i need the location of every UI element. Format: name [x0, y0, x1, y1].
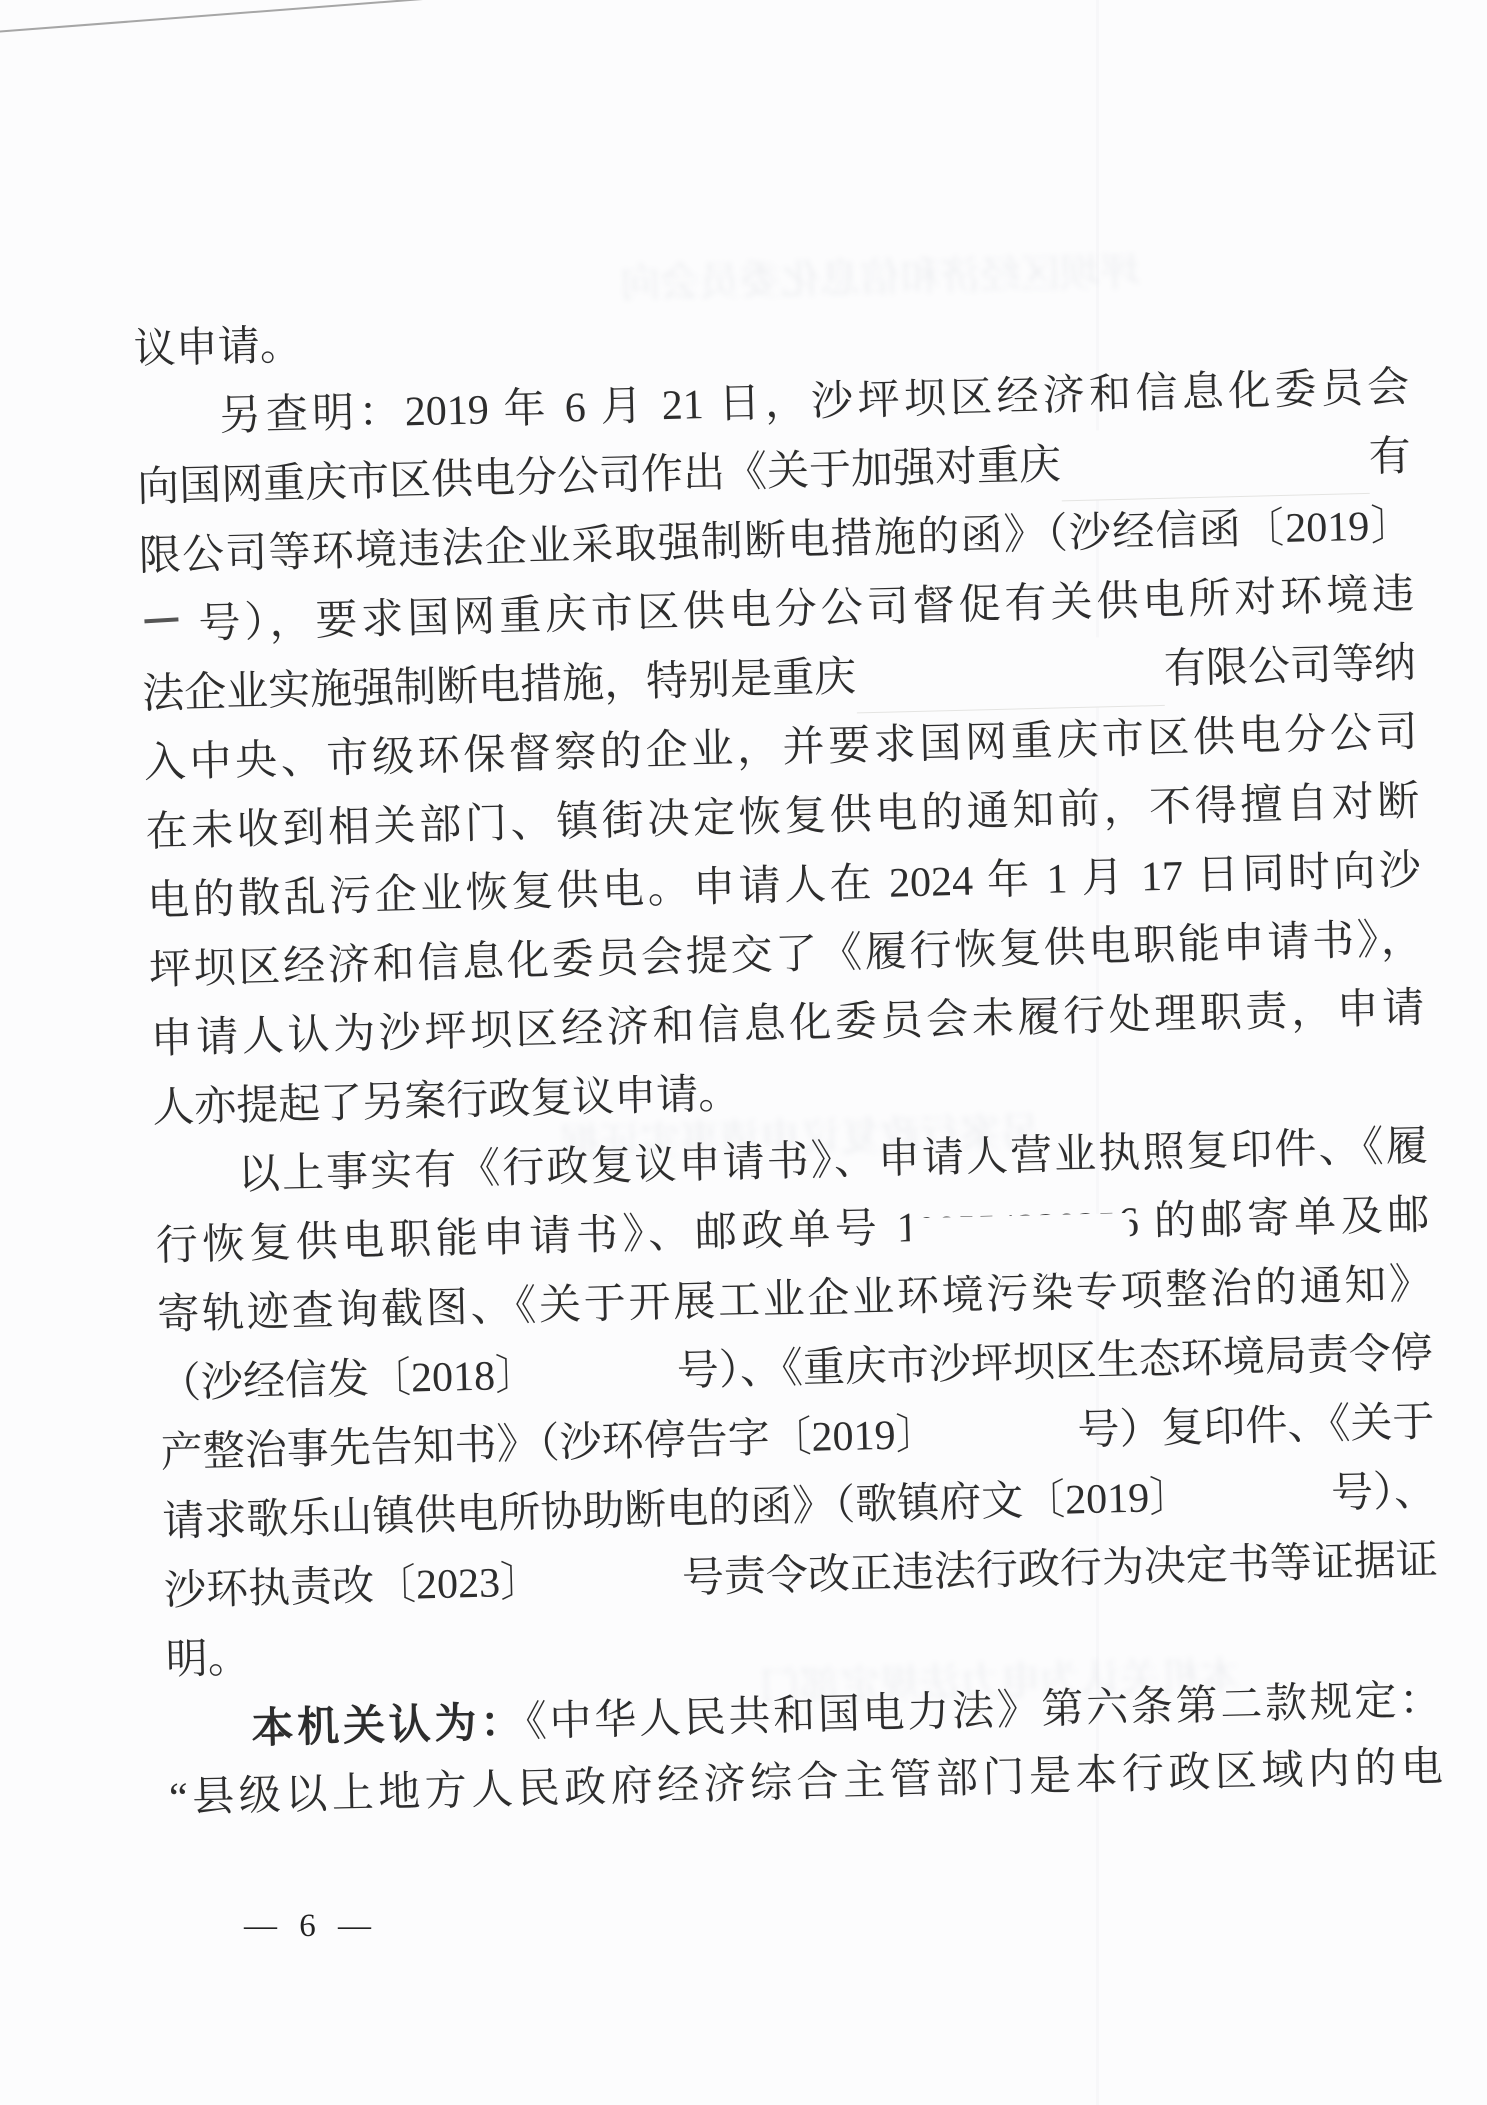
- redaction-gap: [1060, 423, 1370, 501]
- scanned-document-page: 坪坝区经济和信息化委员会向 另案行政复议申请事实证据 本机关认为电力法规定部门 …: [0, 0, 1487, 2105]
- redaction-gap: [536, 1338, 678, 1410]
- masked-tracking-number: 0855423825: [917, 1190, 1119, 1264]
- body-text: 行恢复供电职能申请书》、邮政单号 1: [155, 1205, 918, 1270]
- scan-skew-edge-artifact: [0, 0, 439, 33]
- page-number: — 6 —: [244, 1908, 378, 1945]
- body-text: （沙经信发〔2018〕: [158, 1341, 538, 1419]
- text-block: 议申请。另查明：2019 年 6 月 21 日，沙坪坝区经济和信息化委员会向国网…: [133, 285, 1444, 1834]
- body-text: 有限公司等纳: [1163, 630, 1417, 705]
- redaction-gap: [855, 635, 1165, 713]
- body-text: 人亦提起了另案行政复议申请。: [152, 1071, 741, 1131]
- redaction-gap: [1190, 1460, 1332, 1532]
- body-text: 有: [1368, 423, 1412, 493]
- body-text: 6 的邮寄单及邮: [1117, 1193, 1430, 1247]
- redaction-gap: [541, 1545, 683, 1617]
- body-text: 沙环执责改〔2023〕: [163, 1548, 543, 1626]
- redaction-gap: [937, 1397, 1079, 1469]
- emphasis-text: 本机关认为：: [251, 1698, 526, 1752]
- body-text: 号）复印件、《关于: [1077, 1389, 1436, 1467]
- redaction-remnant-mark: [144, 618, 178, 624]
- body-text: 议申请。: [133, 323, 302, 373]
- body-text: 《中华人民共和国电力法》第六条第二款规定：: [525, 1677, 1441, 1745]
- redaction-cover: [910, 1213, 1131, 1276]
- body-text: 号）、: [1330, 1458, 1437, 1530]
- body-text: 明。: [165, 1636, 250, 1684]
